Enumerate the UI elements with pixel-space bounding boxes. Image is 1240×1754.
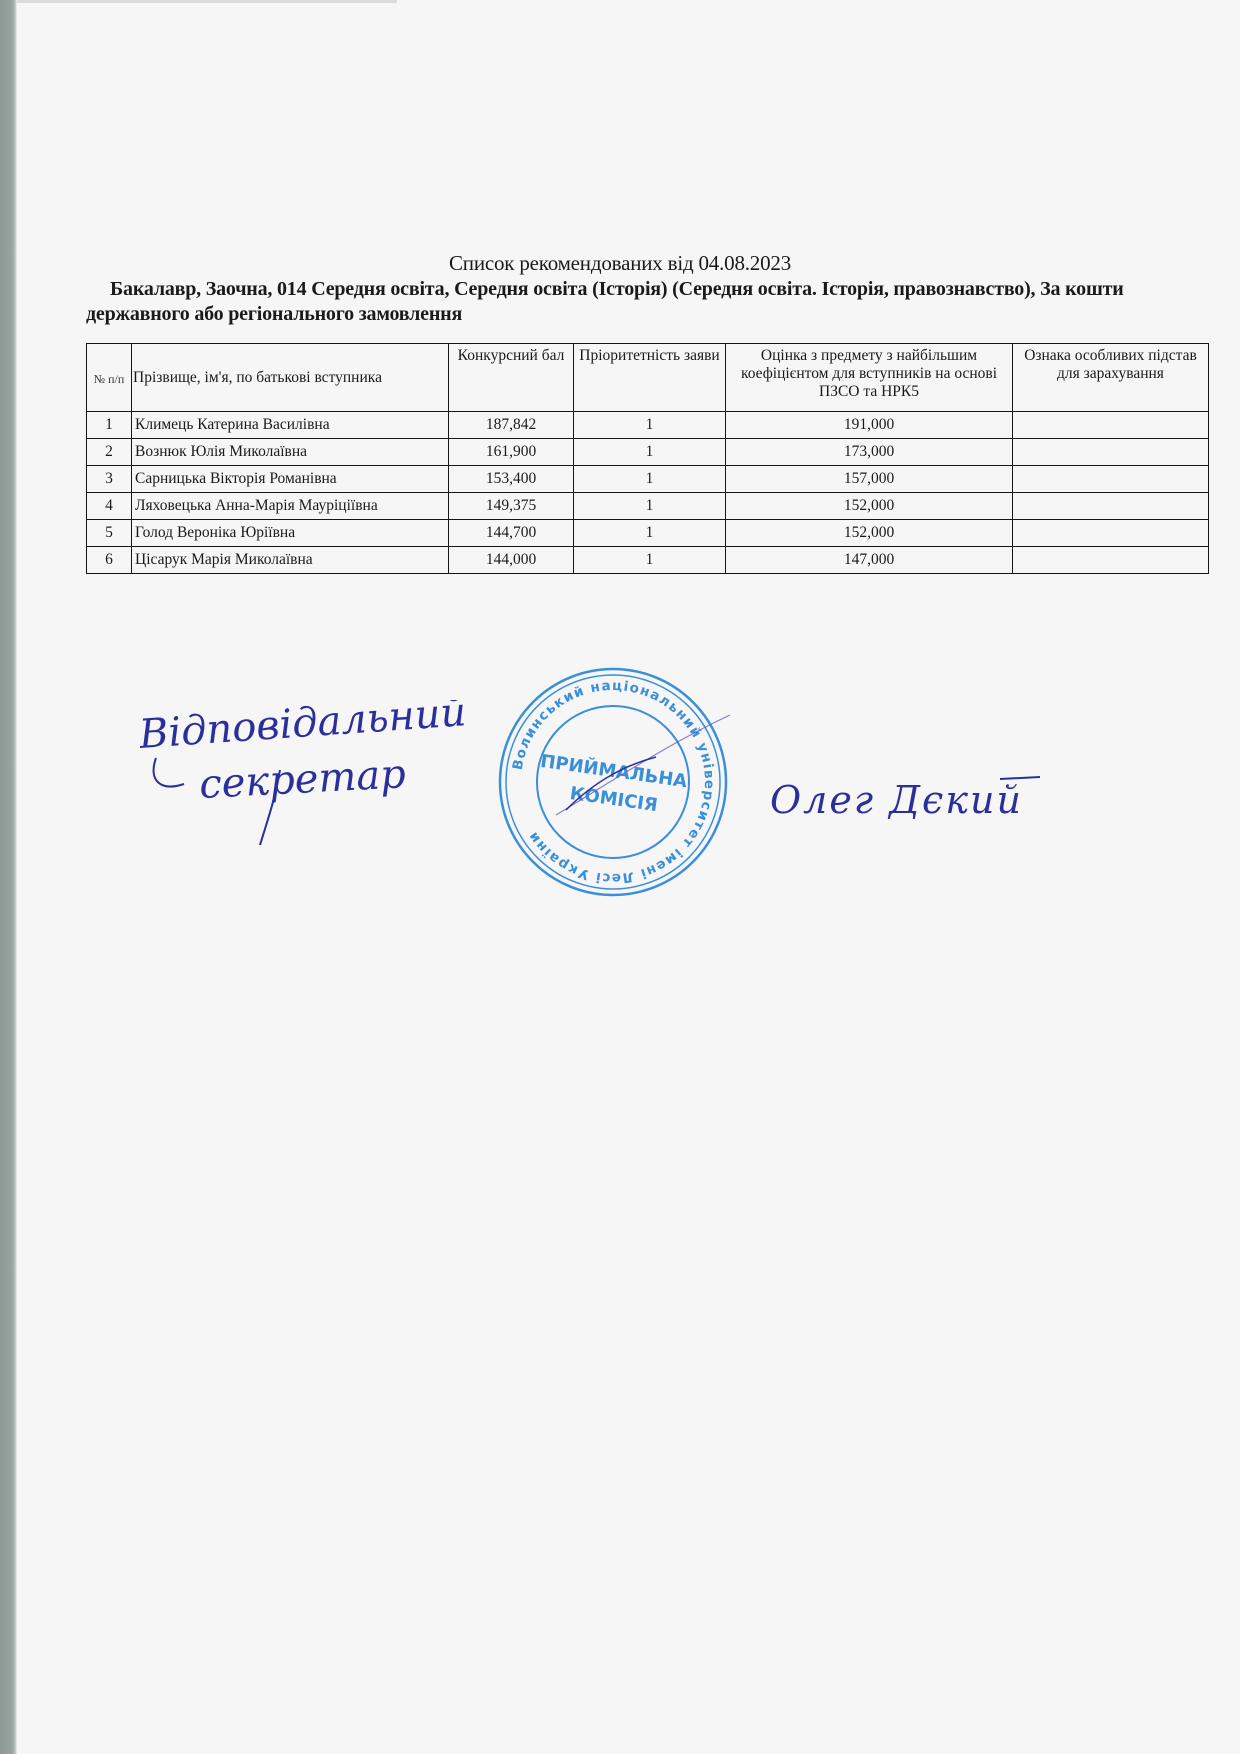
signature-secretary-line2: секретар bbox=[198, 751, 407, 808]
table-header-row: № п/п Прізвище, ім'я, по батькові вступн… bbox=[87, 344, 1209, 412]
admission-committee-stamp: Волинський національний університет імен… bbox=[496, 665, 730, 899]
cell-subject-score: 152,000 bbox=[726, 493, 1013, 520]
cell-score: 144,000 bbox=[449, 547, 574, 574]
header-no: № п/п bbox=[87, 344, 132, 412]
cell-name: Климець Катерина Василівна bbox=[132, 412, 449, 439]
cell-subject-score: 152,000 bbox=[726, 520, 1013, 547]
cell-no: 4 bbox=[87, 493, 132, 520]
cell-no: 3 bbox=[87, 466, 132, 493]
cell-special bbox=[1013, 547, 1209, 574]
table-row: 3Сарницька Вікторія Романівна153,4001157… bbox=[87, 466, 1209, 493]
document-subtitle: Бакалавр, Заочна, 014 Середня освіта, Се… bbox=[86, 277, 1206, 327]
cell-priority: 1 bbox=[574, 493, 726, 520]
recommended-list-table: № п/п Прізвище, ім'я, по батькові вступн… bbox=[86, 343, 1209, 574]
stamp-center-line1: ПРИЙМАЛЬНА bbox=[539, 750, 689, 792]
cell-score: 161,900 bbox=[449, 439, 574, 466]
cell-subject-score: 191,000 bbox=[726, 412, 1013, 439]
cell-subject-score: 173,000 bbox=[726, 439, 1013, 466]
cell-no: 6 bbox=[87, 547, 132, 574]
cell-name: Цісарук Марія Миколаївна bbox=[132, 547, 449, 574]
cell-no: 1 bbox=[87, 412, 132, 439]
cell-priority: 1 bbox=[574, 547, 726, 574]
header-priority: Пріоритетність заяви bbox=[574, 344, 726, 412]
cell-name: Ляховецька Анна-Марія Мауріціївна bbox=[132, 493, 449, 520]
cell-no: 2 bbox=[87, 439, 132, 466]
header-subject-score: Оцінка з предмету з найбільшим коефіцієн… bbox=[726, 344, 1013, 412]
signature-name: Олег Дєкий bbox=[770, 765, 1110, 835]
cell-special bbox=[1013, 412, 1209, 439]
table-row: 6Цісарук Марія Миколаївна144,0001147,000 bbox=[87, 547, 1209, 574]
cell-no: 5 bbox=[87, 520, 132, 547]
table-row: 4Ляховецька Анна-Марія Мауріціївна149,37… bbox=[87, 493, 1209, 520]
cell-score: 187,842 bbox=[449, 412, 574, 439]
table-row: 2Вознюк Юлія Миколаївна161,9001173,000 bbox=[87, 439, 1209, 466]
cell-name: Голод Вероніка Юріївна bbox=[132, 520, 449, 547]
cell-name: Сарницька Вікторія Романівна bbox=[132, 466, 449, 493]
document-title: Список рекомендованих від 04.08.2023 bbox=[0, 251, 1240, 276]
cell-special bbox=[1013, 493, 1209, 520]
signature-secretary-line1: Відповідальний bbox=[140, 700, 468, 758]
signature-name-text: Олег Дєкий bbox=[770, 778, 1023, 822]
cell-score: 153,400 bbox=[449, 466, 574, 493]
cell-priority: 1 bbox=[574, 439, 726, 466]
header-name: Прізвище, ім'я, по батькові вступника bbox=[132, 344, 449, 412]
cell-subject-score: 147,000 bbox=[726, 547, 1013, 574]
cell-priority: 1 bbox=[574, 520, 726, 547]
header-score: Конкурсний бал bbox=[449, 344, 574, 412]
table-row: 5Голод Вероніка Юріївна144,7001152,000 bbox=[87, 520, 1209, 547]
cell-priority: 1 bbox=[574, 466, 726, 493]
cell-special bbox=[1013, 466, 1209, 493]
scanner-top-edge bbox=[17, 0, 397, 3]
cell-subject-score: 157,000 bbox=[726, 466, 1013, 493]
cell-special bbox=[1013, 520, 1209, 547]
cell-score: 149,375 bbox=[449, 493, 574, 520]
cell-priority: 1 bbox=[574, 412, 726, 439]
cell-score: 144,700 bbox=[449, 520, 574, 547]
cell-name: Вознюк Юлія Миколаївна bbox=[132, 439, 449, 466]
cell-special bbox=[1013, 439, 1209, 466]
header-special: Ознака особливих підстав для зарахування bbox=[1013, 344, 1209, 412]
table-row: 1Климець Катерина Василівна187,8421191,0… bbox=[87, 412, 1209, 439]
